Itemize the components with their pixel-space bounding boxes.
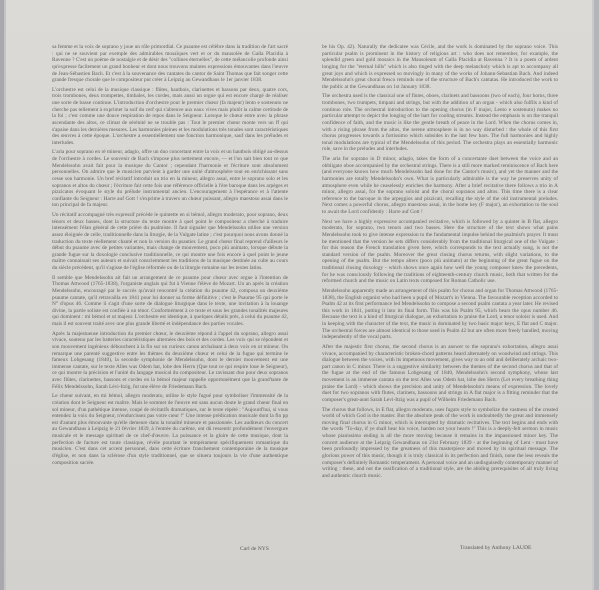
paragraph: After the majestic first chorus, the sec…	[322, 344, 558, 404]
translator-signature: Translated by Anthony LAUDE	[460, 545, 531, 551]
document-page: sa femme et la voix de soprano y joue un…	[0, 0, 599, 590]
page-left-edge-highlight	[4, 0, 6, 590]
paragraph: The orchestra used is the classical one …	[322, 93, 558, 153]
paragraph: Le chœur suivant, en mi bémol, allegro m…	[52, 393, 288, 466]
paragraph: L'aria pour soprano en ré mineur, adagio…	[52, 149, 288, 209]
french-text-column: sa femme et la voix de soprano y joue un…	[52, 44, 288, 469]
page-right-edge-highlight	[592, 0, 594, 590]
paragraph: Next we have a highly expressive accompa…	[322, 219, 558, 285]
paragraph: Mendelssohn apparently made an arrangeme…	[322, 288, 558, 341]
paragraph: The chorus that follows, in E flat, alle…	[322, 407, 558, 480]
paragraph: L'orchestre est celui de la musique clas…	[52, 87, 288, 147]
paragraph: be his Op. 42). Naturally the dedicatee …	[322, 44, 558, 90]
paragraph: sa femme et la voix de soprano y joue un…	[52, 44, 288, 84]
author-signature: Carl de NYS	[240, 546, 269, 552]
paragraph: Un récitatif accompagné très expressif p…	[52, 212, 288, 272]
english-text-column: be his Op. 42). Naturally the dedicatee …	[322, 44, 558, 482]
paragraph: Après la majestueuse introduction du pre…	[52, 331, 288, 391]
page-right-edge	[594, 0, 599, 590]
paragraph: The aria for soprano in D minor, adagio,…	[322, 156, 558, 216]
paragraph: Il semble que Mendelssohn ait fait un ar…	[52, 275, 288, 328]
